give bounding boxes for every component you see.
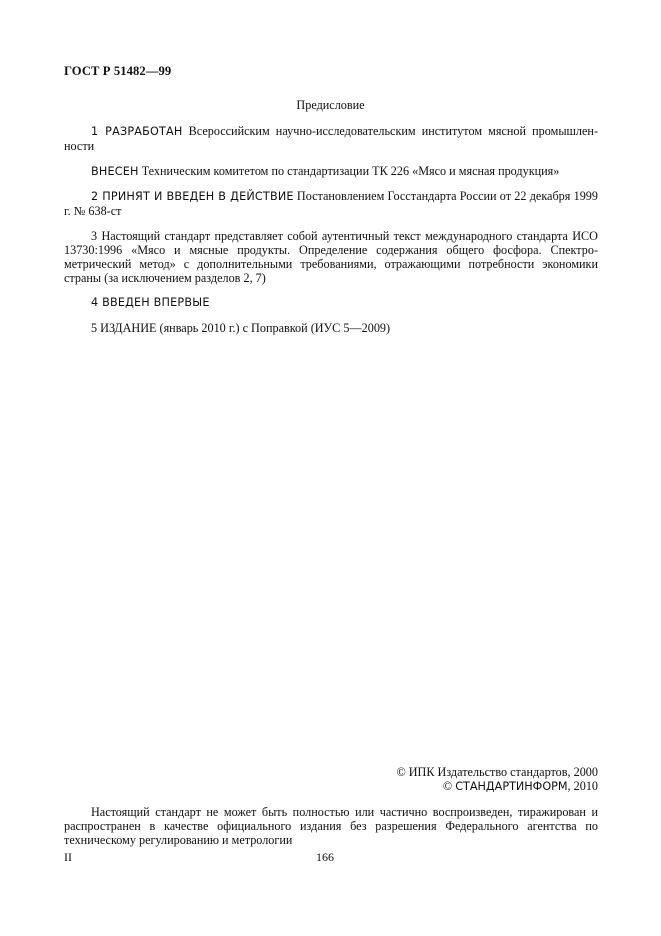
- reproduction-notice: Настоящий стандарт не может быть полност…: [64, 805, 598, 847]
- copyright-line-publisher: © ИПК Издательство стандартов, 2000: [396, 765, 598, 779]
- paragraph-lead: 5 ИЗДАНИЕ: [91, 321, 156, 335]
- copyright-year: , 2010: [568, 779, 598, 793]
- document-page: ГОСТ Р 51482—99 Предисловие 1 РАЗРАБОТАН…: [0, 0, 661, 936]
- copyright-holder: СТАНДАРТИНФОРМ: [455, 780, 567, 793]
- paragraph-lead: 4 ВВЕДЕН ВПЕРВЫЕ: [91, 296, 210, 309]
- copyright-line-standartinform: © СТАНДАРТИНФОРМ, 2010: [396, 779, 598, 794]
- copyright-block: © ИПК Издательство стандартов, 2000 © СТ…: [396, 765, 598, 794]
- copyright-symbol: ©: [443, 779, 455, 793]
- paragraph-first-introduced: 4 ВВЕДЕН ВПЕРВЫЕ: [64, 295, 598, 310]
- paragraph-submitted: ВНЕСЕН Техническим комитетом по стандарт…: [64, 164, 598, 179]
- paragraph-lead: 2 ПРИНЯТ И ВВЕДЕН В ДЕЙСТВИЕ: [91, 190, 294, 203]
- paragraph-lead: 1 РАЗРАБОТАН: [91, 125, 183, 138]
- document-code: ГОСТ Р 51482—99: [64, 64, 171, 79]
- paragraph-adopted: 2 ПРИНЯТ И ВВЕДЕН В ДЕЙСТВИЕ Постановлен…: [64, 189, 598, 218]
- paragraph-lead: ВНЕСЕН: [91, 165, 139, 178]
- paragraph-developed: 1 РАЗРАБОТАН Всероссийским научно-исслед…: [64, 124, 598, 153]
- page-number: 166: [316, 850, 334, 865]
- foreword-body: 1 РАЗРАБОТАН Всероссийским научно-исслед…: [64, 124, 598, 345]
- paragraph-text: Техническим комитетом по стандартизации …: [139, 164, 560, 178]
- page-roman-numeral: II: [64, 850, 72, 865]
- paragraph-text: Настоящий стандарт представляет собой ау…: [64, 229, 598, 285]
- section-title: Предисловие: [0, 98, 661, 113]
- paragraph-authentic-text: 3 Настоящий стандарт представляет собой …: [64, 229, 598, 285]
- paragraph-text: (январь 2010 г.) с Поправкой (ИУС 5—2009…: [156, 321, 390, 335]
- paragraph-edition: 5 ИЗДАНИЕ (январь 2010 г.) с Поправкой (…: [64, 321, 598, 335]
